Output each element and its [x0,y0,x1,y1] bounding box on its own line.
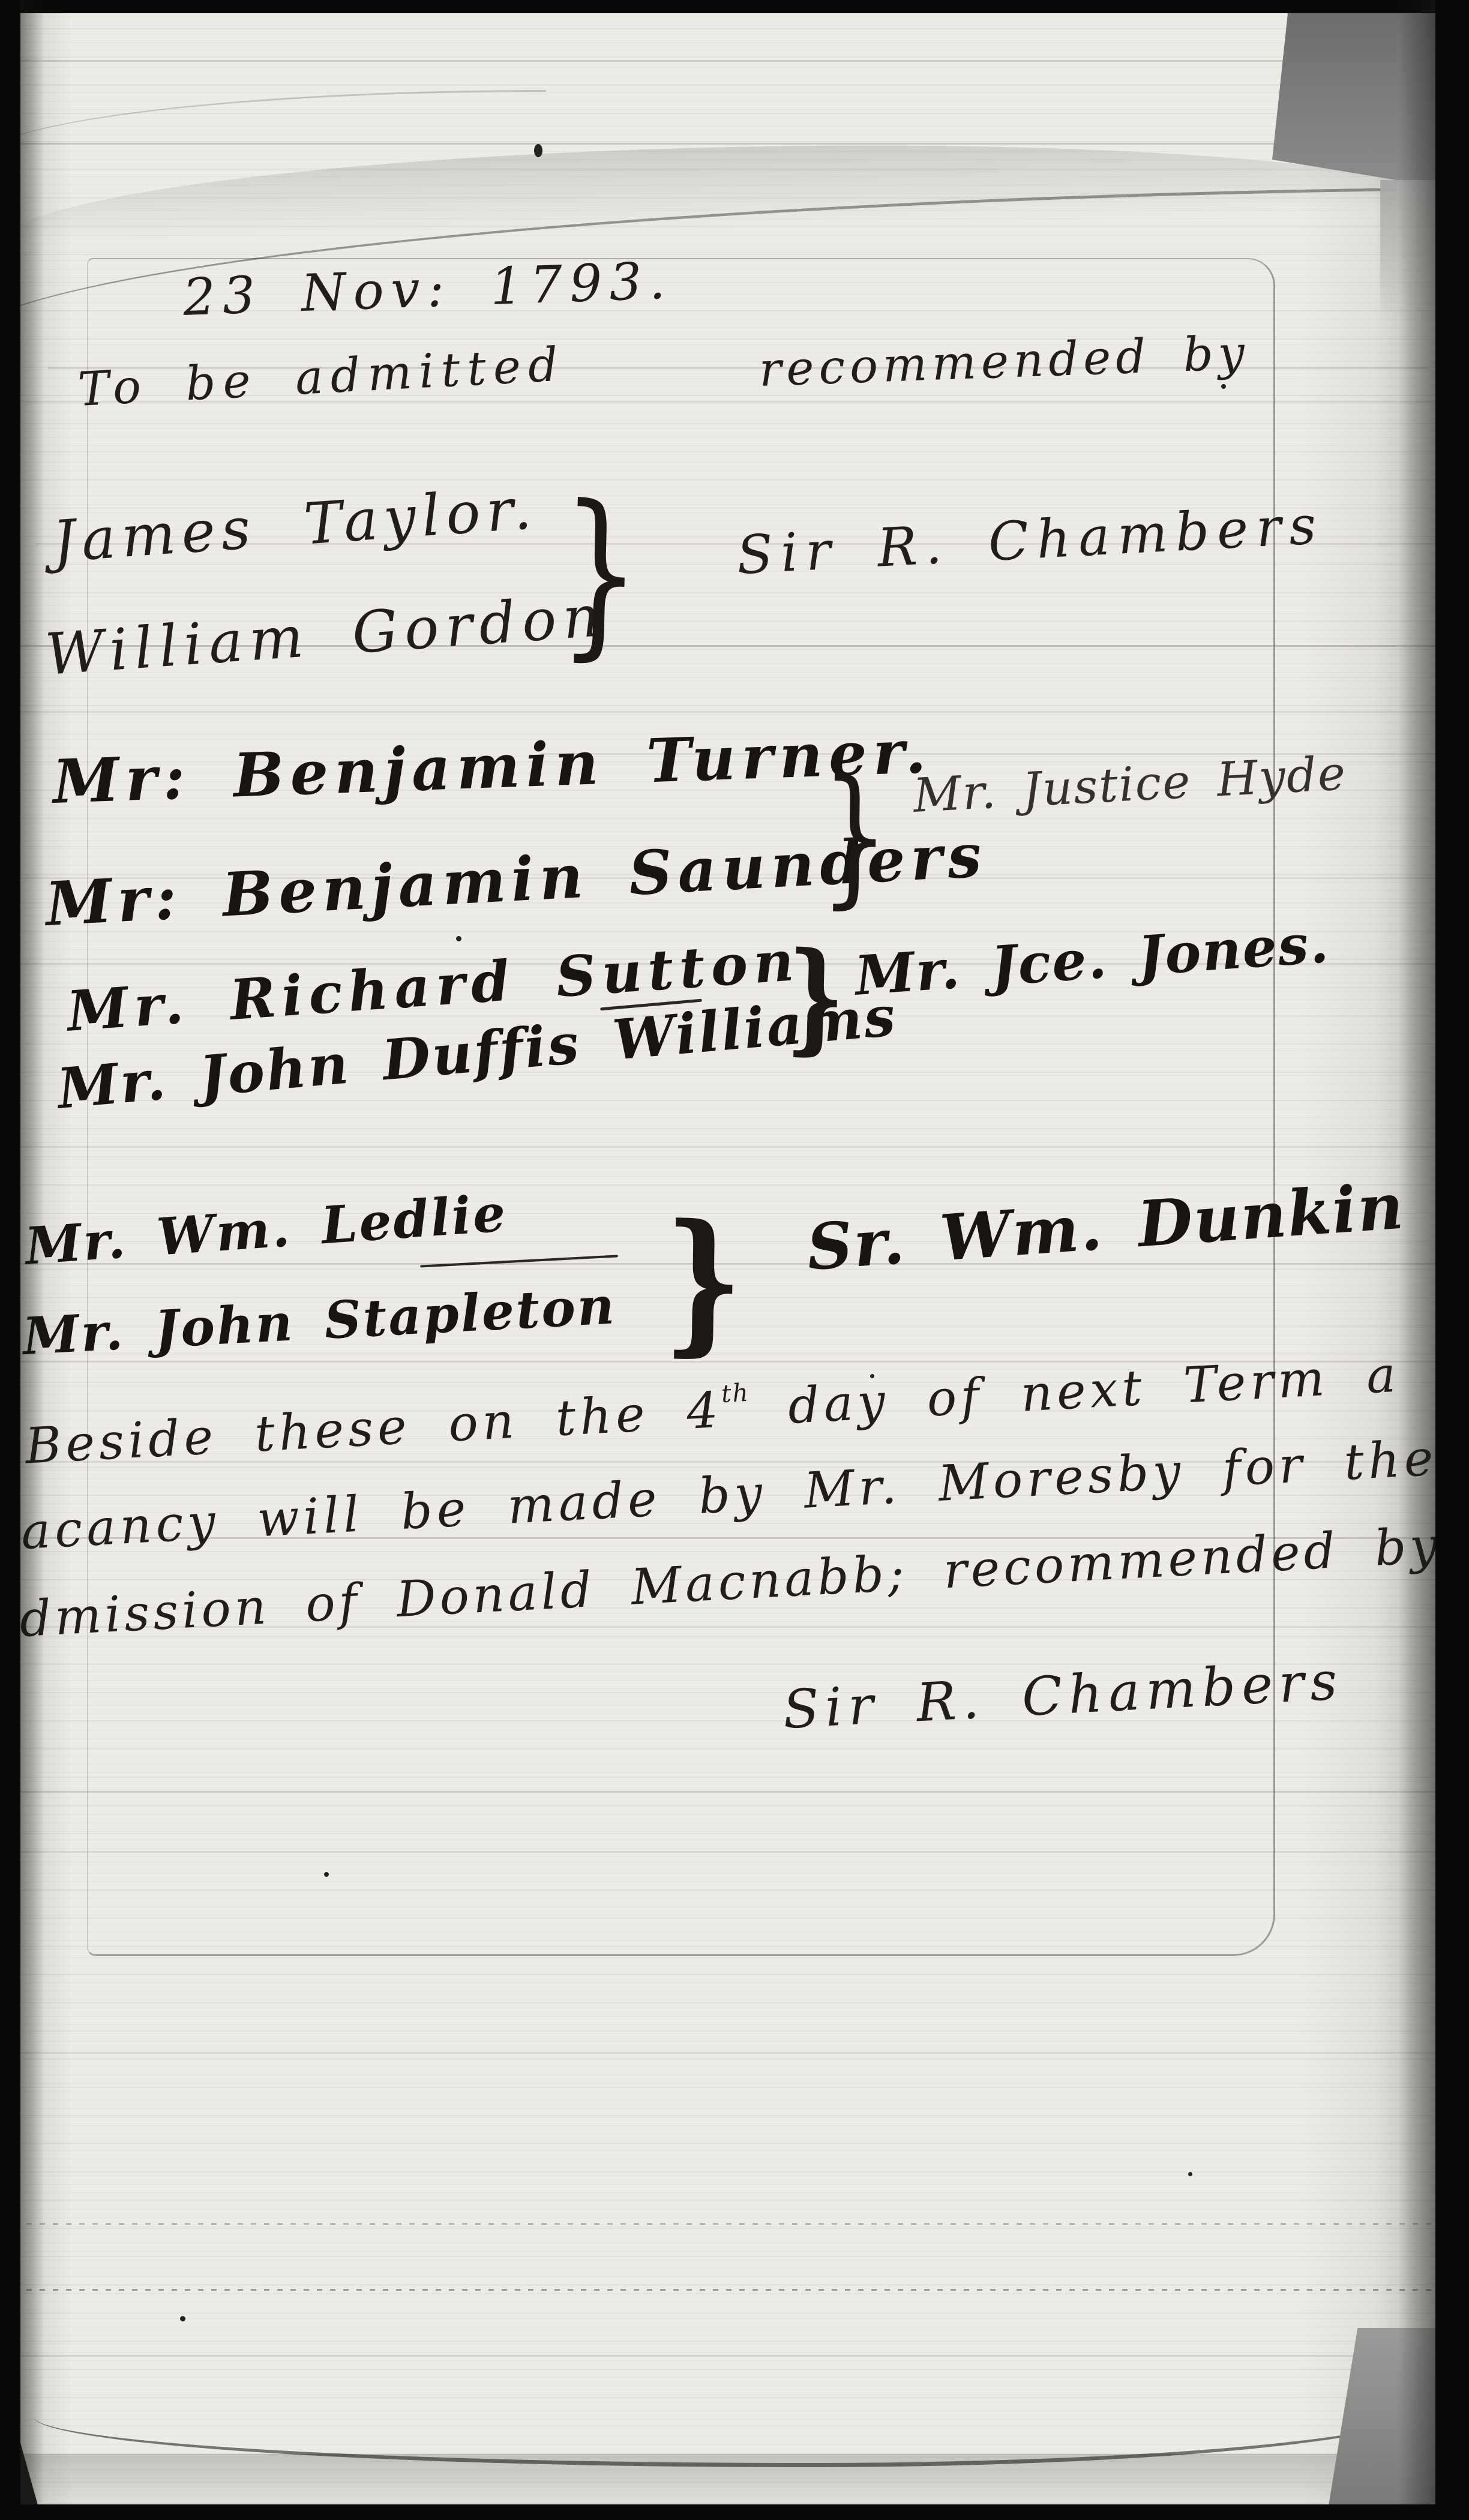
group-brace: } [558,481,643,665]
page-curl-line-small [0,90,546,164]
page-curl-shadow [0,131,1469,243]
ink-speck [1221,384,1226,389]
ink-speck [324,1872,329,1877]
group-brace: } [785,936,846,1058]
bottom-curl-shade [0,2454,1469,2505]
scan-border-right-fade [1398,0,1435,2520]
scan-streak [0,143,1469,145]
ink-speck [1188,2172,1192,2176]
scan-border-top [0,0,1469,13]
note-line1-sup: th [721,1378,750,1408]
scan-streak [0,2355,1469,2357]
bottom-curl-line [33,2397,1437,2467]
ink-speck [456,936,461,941]
ink-speck [534,144,542,157]
group-brace: } [820,760,891,912]
scan-streak [0,60,1469,62]
scan-streak-dotted [0,2223,1469,2225]
scan-border-left-fade [20,0,44,2520]
group-brace: } [663,1204,744,1359]
ink-speck [180,2316,185,2321]
scan-border-left [0,0,20,2520]
scan-border-right [1435,0,1469,2520]
scan-streak-dotted [0,2289,1469,2291]
scan-streak [0,2052,1469,2054]
scan-border-bottom [0,2504,1469,2520]
manuscript-page: 23 Nov: 1793. To be admitted recommended… [0,0,1469,2520]
